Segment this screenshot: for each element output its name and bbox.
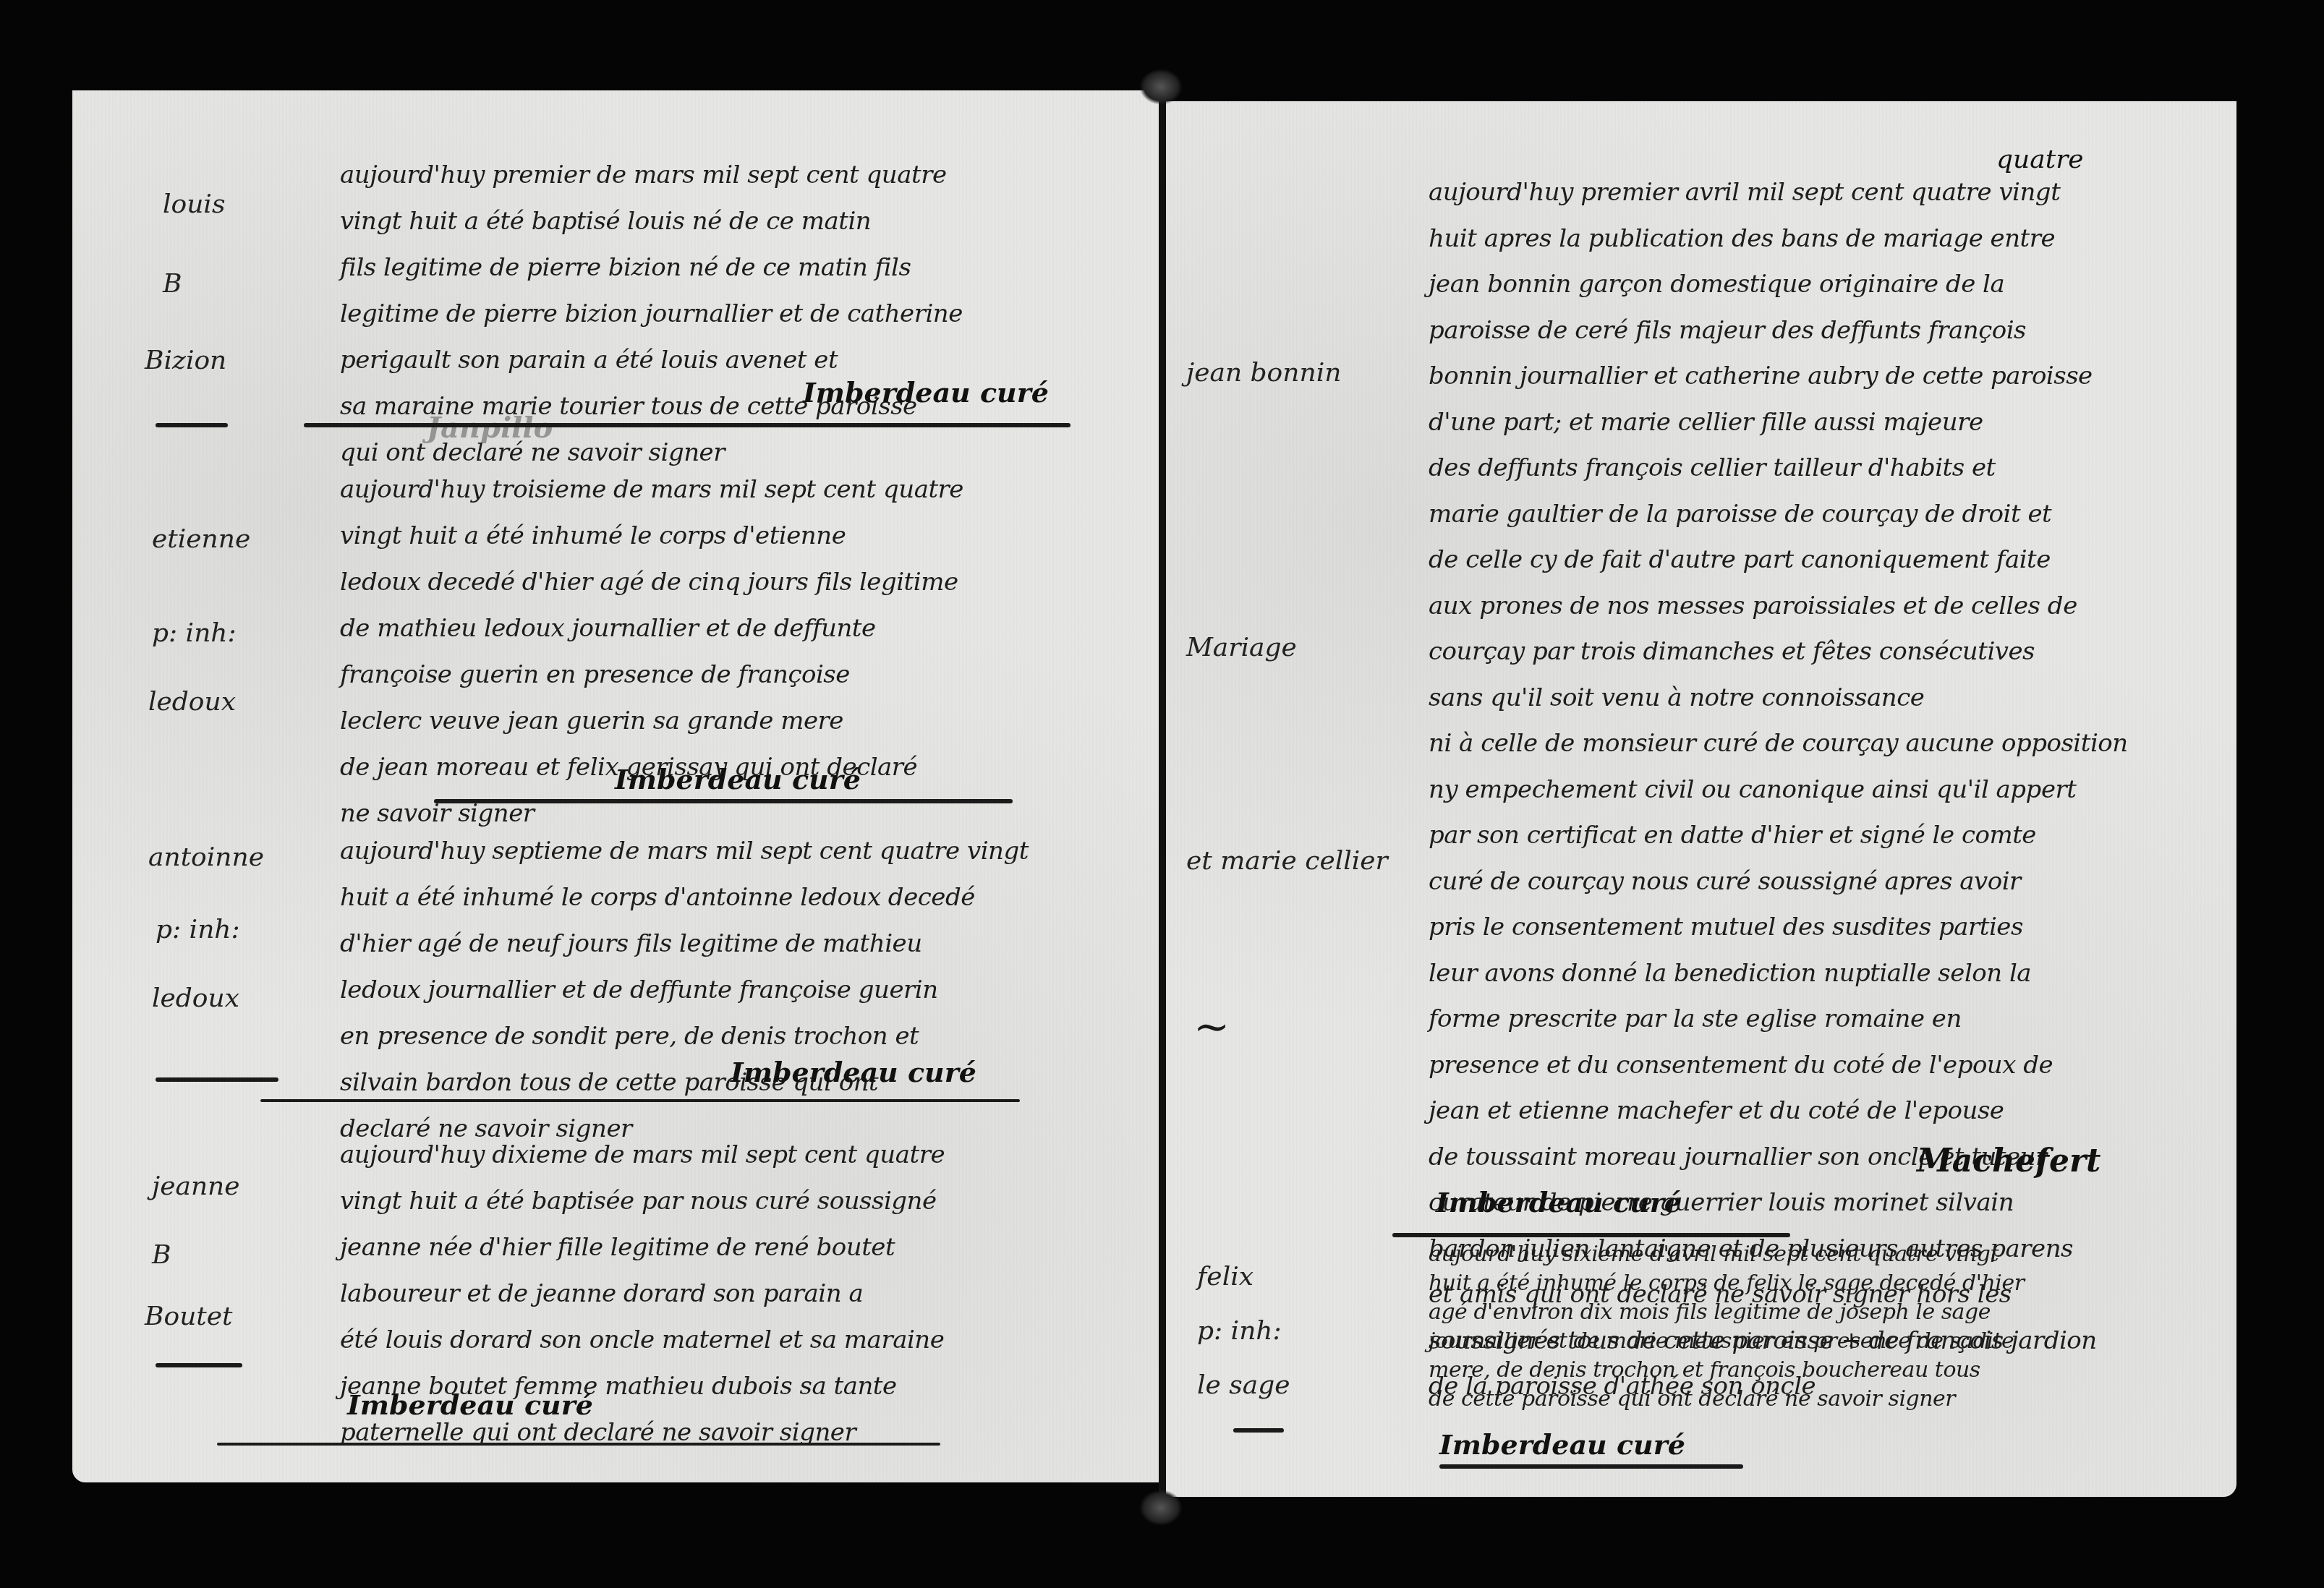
priest-signature: Imberdeau curé — [1439, 1428, 1685, 1461]
entry-line: leur avons donné la benediction nuptiall… — [1429, 951, 2128, 997]
entry-line: laboureur et de jeanne dorard son parain… — [340, 1271, 945, 1317]
entry-line: de cette paroisse qui ont declaré ne sav… — [1429, 1385, 2025, 1414]
entry-line: curé de courçay nous curé soussigné apre… — [1429, 859, 2128, 905]
entry-line: agé d'environ dix mois fils legitime de … — [1429, 1298, 2025, 1327]
entry-line: leclerc veuve jean guerin sa grande mere — [340, 698, 963, 744]
binding-thread-bottom — [1139, 1490, 1183, 1526]
entry-line: courçay par trois dimanches et fêtes con… — [1429, 629, 2128, 675]
separator-rule — [1392, 1233, 1790, 1237]
separator-rule — [1439, 1464, 1743, 1469]
margin-rule — [156, 1363, 242, 1367]
register-entry: aujourd'huy septieme de mars mil sept ce… — [340, 828, 1029, 1152]
entry-line: vingt huit a été baptisé louis né de ce … — [340, 198, 963, 244]
margin-type: p: inh: — [156, 915, 240, 944]
priest-signature: Imberdeau curé — [731, 1056, 976, 1088]
margin-type: B — [163, 269, 182, 299]
entry-line: marie gaultier de la paroisse de courçay… — [1429, 492, 2128, 538]
entry-line: jean et etienne machefer et du coté de l… — [1429, 1088, 2128, 1135]
separator-rule — [260, 1099, 1020, 1102]
witness-signature: Machefert — [1917, 1143, 2100, 1179]
entry-line: jean bonnin garçon domestique originaire… — [1429, 262, 2128, 308]
entry-line: aujourd'huy dixieme de mars mil sept cen… — [340, 1132, 945, 1178]
entry-line: huit a été inhumé le corps d'antoinne le… — [340, 874, 1029, 921]
entry-line: ledoux journallier et de deffunte franço… — [340, 967, 1029, 1013]
margin-name: etienne — [152, 524, 250, 554]
entry-line: françoise guerin en presence de françois… — [340, 652, 963, 698]
entry-line: aujourd'huy premier de mars mil sept cen… — [340, 152, 963, 198]
entry-line: ny empechement civil ou canonique ainsi … — [1429, 767, 2128, 814]
margin-flourish: ∼ — [1193, 1005, 1230, 1049]
entry-line: presence et du consentement du coté de l… — [1429, 1043, 2128, 1089]
margin-rule — [1233, 1428, 1284, 1433]
entry-line: paroisse de ceré fils majeur des deffunt… — [1429, 308, 2128, 354]
separator-rule — [304, 423, 1071, 427]
binding-gutter — [1159, 101, 1166, 1497]
entry-line: de celle cy de fait d'autre part canoniq… — [1429, 537, 2128, 584]
entry-line: de mathieu ledoux journallier et de deff… — [340, 605, 963, 652]
margin-surname: le sage — [1197, 1370, 1290, 1400]
entry-line: aujourd'huy troisieme de mars mil sept c… — [340, 466, 963, 513]
margin-type: Mariage — [1186, 633, 1297, 662]
margin-bride: et marie cellier — [1186, 846, 1388, 876]
binding-thread-top — [1139, 69, 1183, 105]
margin-groom: jean bonnin — [1186, 358, 1341, 388]
entry-line: d'hier agé de neuf jours fils legitime d… — [340, 921, 1029, 967]
margin-name: jeanne — [152, 1171, 240, 1201]
entry-line: vingt huit a été inhumé le corps d'etien… — [340, 513, 963, 559]
margin-type: B — [152, 1240, 171, 1270]
priest-signature: Imberdeau curé — [615, 763, 861, 795]
margin-rule — [156, 1077, 278, 1082]
entry-line: en presence de sondit pere, de denis tro… — [340, 1013, 1029, 1059]
separator-rule — [434, 799, 1013, 803]
entry-line: aujourd'huy premier avril mil sept cent … — [1429, 170, 2128, 216]
entry-line: journallier et de marie meusnier en pres… — [1429, 1327, 2025, 1356]
entry-line: d'une part; et marie cellier fille aussi… — [1429, 400, 2128, 446]
entry-line: legitime de pierre bizion journallier et… — [340, 291, 963, 337]
margin-rule — [156, 423, 228, 427]
entry-line: été louis dorard son oncle maternel et s… — [340, 1317, 945, 1363]
register-entry: aujourd'huy sixieme d'avril mil sept cen… — [1429, 1240, 2025, 1414]
margin-name: louis — [163, 189, 225, 219]
margin-type: p: inh: — [1197, 1316, 1282, 1346]
entry-line: pris le consentement mutuel des susdites… — [1429, 905, 2128, 951]
entry-line: aujourd'huy sixieme d'avril mil sept cen… — [1429, 1240, 2025, 1269]
margin-type: p: inh: — [152, 618, 237, 648]
margin-surname: ledoux — [148, 687, 236, 717]
entry-line: fils legitime de pierre bizion né de ce … — [340, 244, 963, 291]
register-entry: aujourd'huy premier avril mil sept cent … — [1429, 170, 2128, 1410]
entry-line: huit a été inhumé le corps de felix le s… — [1429, 1269, 2025, 1298]
entry-line: ledoux decedé d'hier agé de cinq jours f… — [340, 559, 963, 605]
priest-signature: Imberdeau curé — [347, 1388, 593, 1421]
priest-signature: Imberdeau curé — [803, 376, 1049, 409]
margin-name: antoinne — [148, 842, 264, 872]
margin-surname: Boutet — [145, 1302, 233, 1331]
margin-name: felix — [1197, 1262, 1253, 1292]
margin-surname: Bizion — [145, 346, 226, 375]
entry-line: par son certificat en datte d'hier et si… — [1429, 813, 2128, 859]
entry-line: sans qu'il soit venu à notre connoissanc… — [1429, 675, 2128, 722]
entry-line: forme prescrite par la ste eglise romain… — [1429, 996, 2128, 1043]
entry-line: bonnin journallier et catherine aubry de… — [1429, 354, 2128, 400]
entry-line: ni à celle de monsieur curé de courçay a… — [1429, 721, 2128, 767]
priest-signature: Imberdeau curé — [1436, 1186, 1682, 1218]
margin-surname: ledoux — [152, 983, 239, 1013]
entry-line: aujourd'huy septieme de mars mil sept ce… — [340, 828, 1029, 874]
separator-rule — [217, 1443, 940, 1446]
entry-line: vingt huit a été baptisée par nous curé … — [340, 1178, 945, 1224]
entry-line: des deffunts françois cellier tailleur d… — [1429, 445, 2128, 492]
entry-line: huit apres la publication des bans de ma… — [1429, 216, 2128, 262]
entry-line: mere, de denis trochon et françois bouch… — [1429, 1356, 2025, 1385]
entry-line: jeanne née d'hier fille legitime de rené… — [340, 1224, 945, 1271]
entry-line: aux prones de nos messes paroissiales et… — [1429, 584, 2128, 630]
